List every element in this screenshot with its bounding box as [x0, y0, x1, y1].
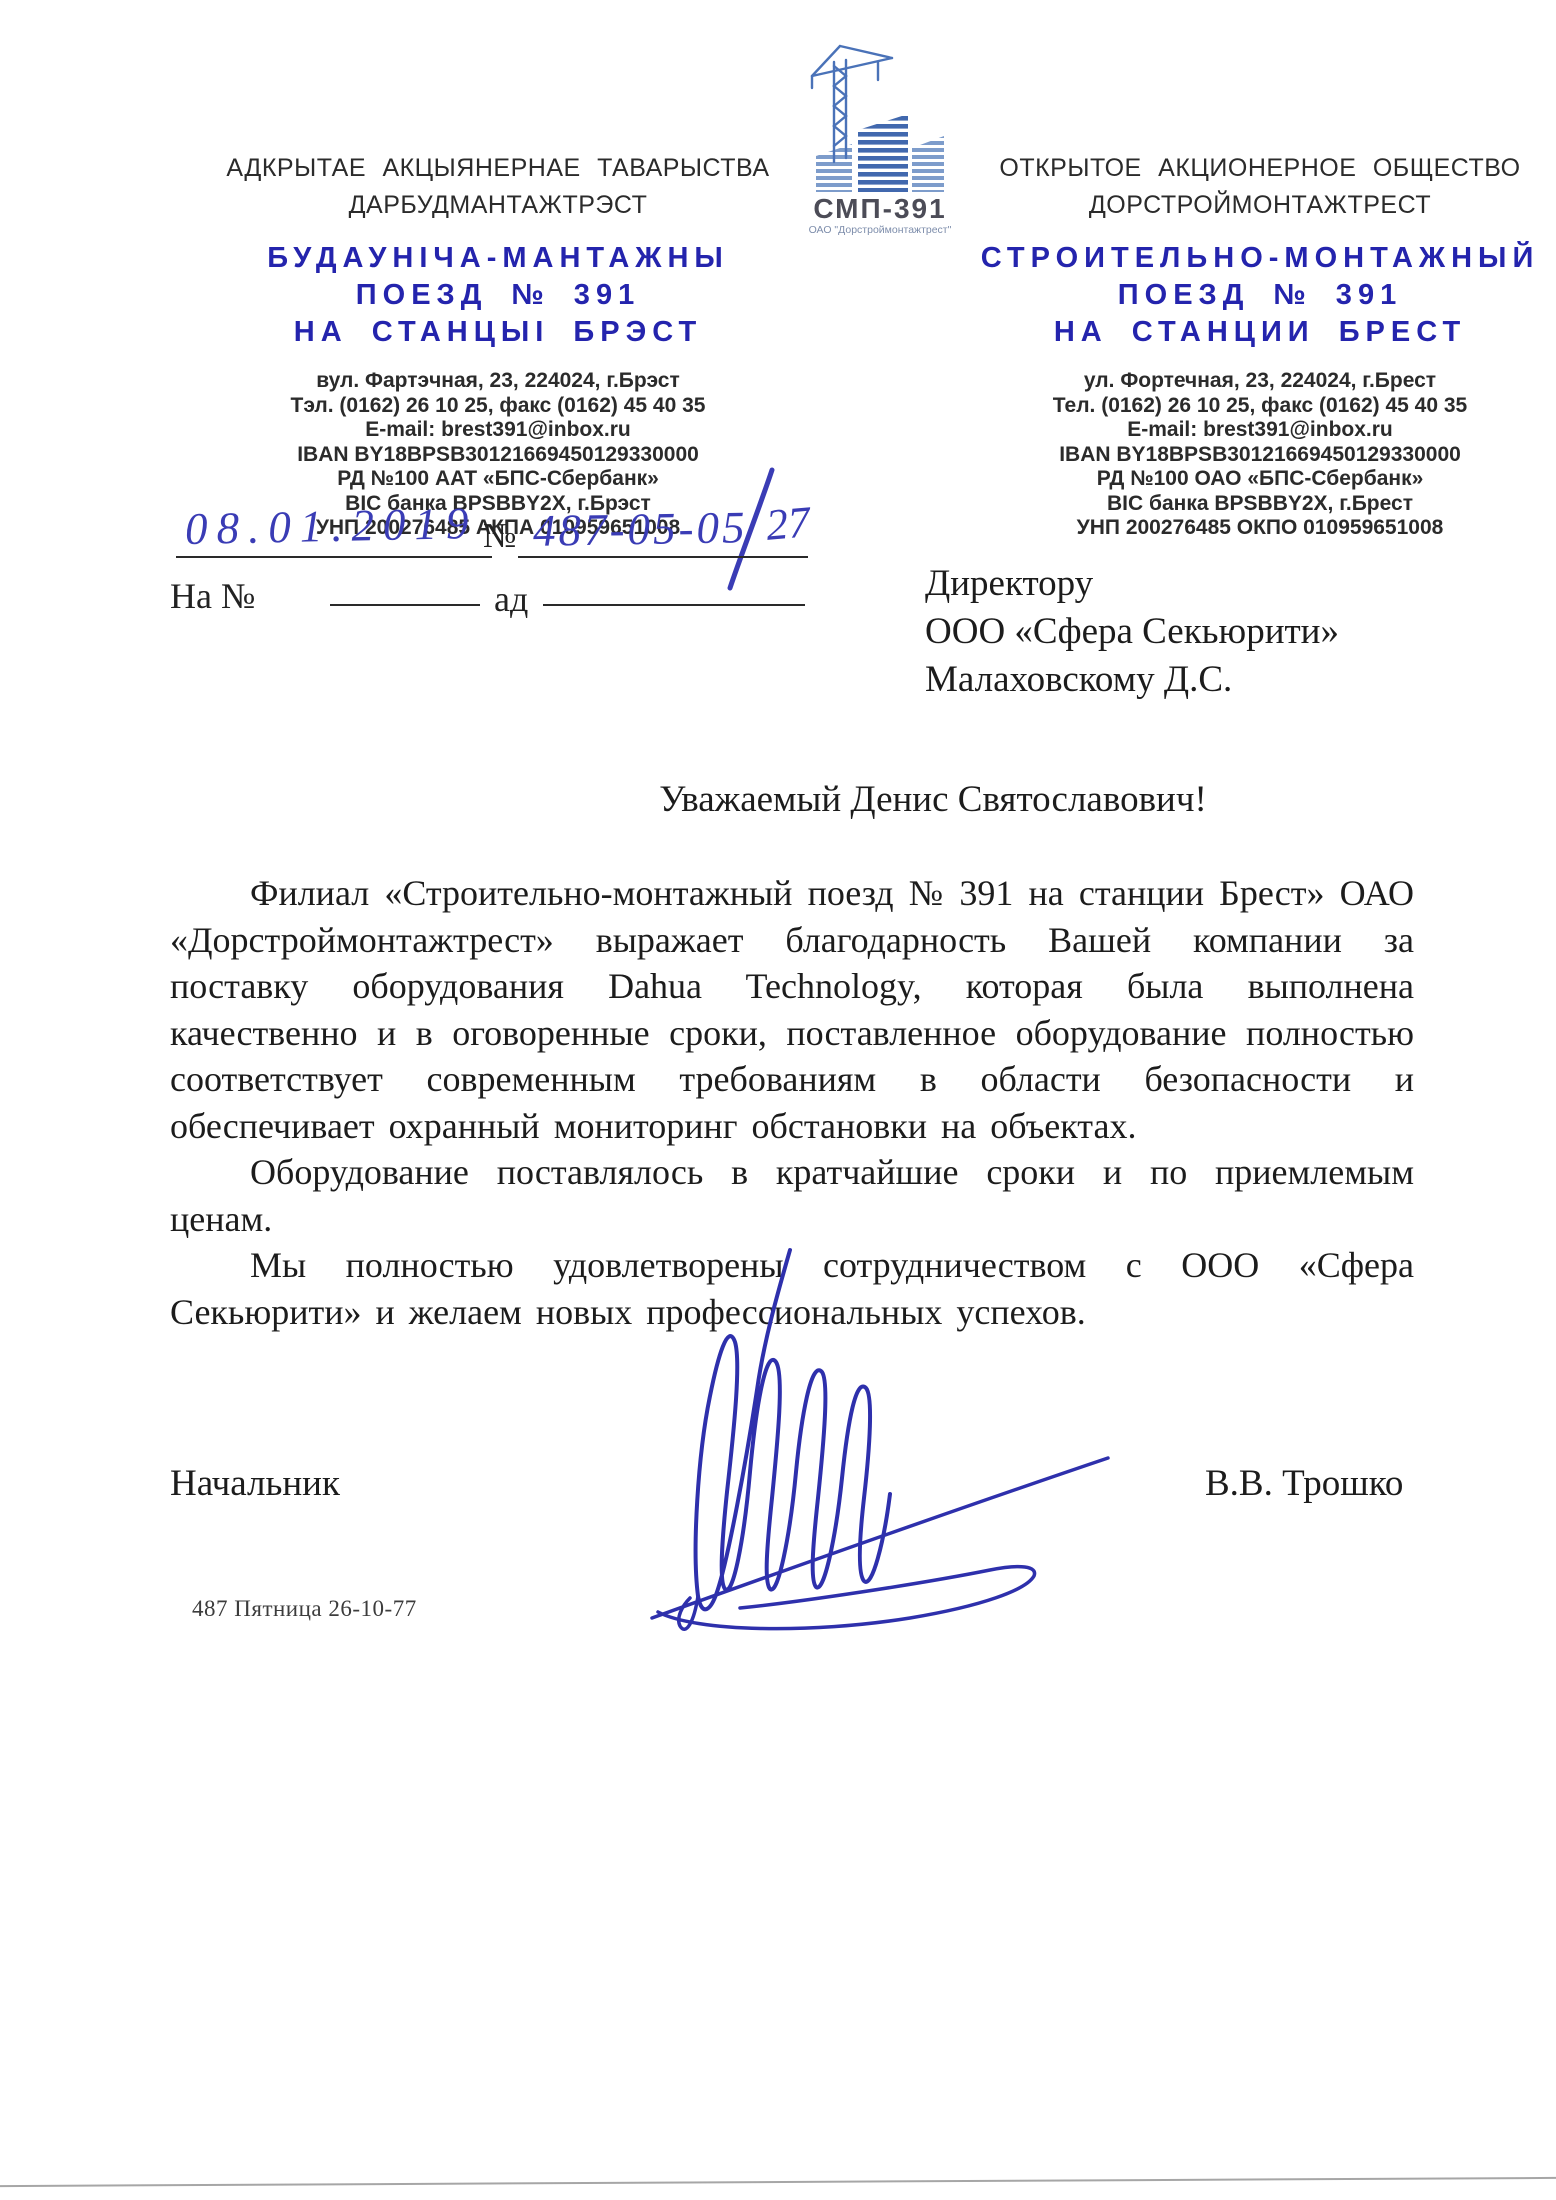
body-paragraph-2: Оборудование поставлялось в кратчайшие с…: [170, 1149, 1414, 1242]
addressee-position: Директору: [925, 560, 1339, 608]
org-name-ru-line2: ДОРСТРОЙМОНТАЖТРЕСТ: [965, 187, 1555, 224]
unit-ru-line3: НА СТАНЦИИ БРЕСТ: [965, 314, 1555, 351]
blank-line-reply: [330, 604, 480, 606]
address-line: Тэл. (0162) 26 10 25, факс (0162) 45 40 …: [168, 394, 828, 419]
unit-ru-line2: ПОЕЗД № 391: [965, 277, 1555, 314]
address-line: BIC банка BPSBBY2X, г.Брест: [965, 492, 1555, 517]
addressee-block: Директору ООО «Сфера Секьюрити» Малаховс…: [925, 560, 1339, 704]
body-paragraph-1: Филиал «Строительно-монтажный поезд № 39…: [170, 870, 1414, 1149]
address-line: вул. Фартэчная, 23, 224024, г.Брэст: [168, 369, 828, 394]
unit-name-ru: СТРОИТЕЛЬНО-МОНТАЖНЫЙ ПОЕЗД № 391 НА СТА…: [965, 240, 1555, 351]
company-logo: СМП-391 ОАО "Дорстроймонтажтрест": [790, 36, 970, 237]
blank-line-date: [176, 556, 492, 558]
address-line: УНП 200276485 ОКПО 010959651008: [965, 516, 1555, 541]
unit-by-line2: ПОЕЗД № 391: [168, 277, 828, 314]
unit-ru-line1: СТРОИТЕЛЬНО-МОНТАЖНЫЙ: [965, 240, 1555, 277]
address-line: Тел. (0162) 26 10 25, факс (0162) 45 40 …: [965, 394, 1555, 419]
unit-by-line3: НА СТАНЦЫІ БРЭСТ: [168, 314, 828, 351]
addressee-company: ООО «Сфера Секьюрити»: [925, 608, 1339, 656]
org-name-by-line2: ДАРБУДМАНТАЖТРЭСТ: [168, 187, 828, 224]
handwritten-date: 08.01.2019: [184, 497, 478, 555]
signature-scribble: [600, 1240, 1120, 1650]
logo-title: СМП-391: [790, 194, 970, 224]
footnote: 487 Пятница 26-10-77: [192, 1596, 417, 1622]
salutation: Уважаемый Денис Святославович!: [170, 776, 1414, 824]
org-name-ru-line1: ОТКРЫТОЕ АКЦИОНЕРНОЕ ОБЩЕСТВО: [965, 150, 1555, 187]
crane-and-buildings-icon: [800, 36, 960, 194]
address-line: РД №100 ОАО «БПС-Сбербанк»: [965, 467, 1555, 492]
scanned-letter-page: АДКРЫТАЕ АКЦЫЯНЕРНАЕ ТАВАРЫСТВА ДАРБУДМА…: [0, 0, 1556, 2200]
numero-sign: №: [483, 516, 516, 556]
signoff-title: Начальник: [170, 1462, 340, 1505]
blank-line-number: [518, 556, 808, 558]
unit-by-line1: БУДАУНІЧА-МАНТАЖНЫ: [168, 240, 828, 277]
letterhead-right-column: ОТКРЫТОЕ АКЦИОНЕРНОЕ ОБЩЕСТВО ДОРСТРОЙМО…: [965, 150, 1555, 541]
address-line: E-mail: brest391@inbox.ru: [965, 418, 1555, 443]
address-line: E-mail: brest391@inbox.ru: [168, 418, 828, 443]
address-line: ул. Фортечная, 23, 224024, г.Брест: [965, 369, 1555, 394]
handwritten-number: 487-05-05: [533, 501, 748, 557]
address-line: IBAN BY18BPSB30121669450129330000: [965, 443, 1555, 468]
handwritten-number-suffix: 27: [764, 496, 812, 551]
unit-name-by: БУДАУНІЧА-МАНТАЖНЫ ПОЕЗД № 391 НА СТАНЦЫ…: [168, 240, 828, 351]
address-line: IBAN BY18BPSB30121669450129330000: [168, 443, 828, 468]
scan-edge-line: [0, 2177, 1556, 2187]
reply-from-label: ад: [494, 578, 528, 620]
address-block-ru: ул. Фортечная, 23, 224024, г.Брест Тел. …: [965, 369, 1555, 541]
addressee-person: Малаховскому Д.С.: [925, 656, 1339, 704]
org-name-by-line1: АДКРЫТАЕ АКЦЫЯНЕРНАЕ ТАВАРЫСТВА: [168, 150, 828, 187]
blank-line-reply-from: [543, 604, 805, 606]
signoff-name: В.В. Трошко: [1205, 1462, 1403, 1505]
reply-number-label: На №: [170, 575, 255, 617]
logo-caption: ОАО "Дорстроймонтажтрест": [790, 224, 970, 237]
